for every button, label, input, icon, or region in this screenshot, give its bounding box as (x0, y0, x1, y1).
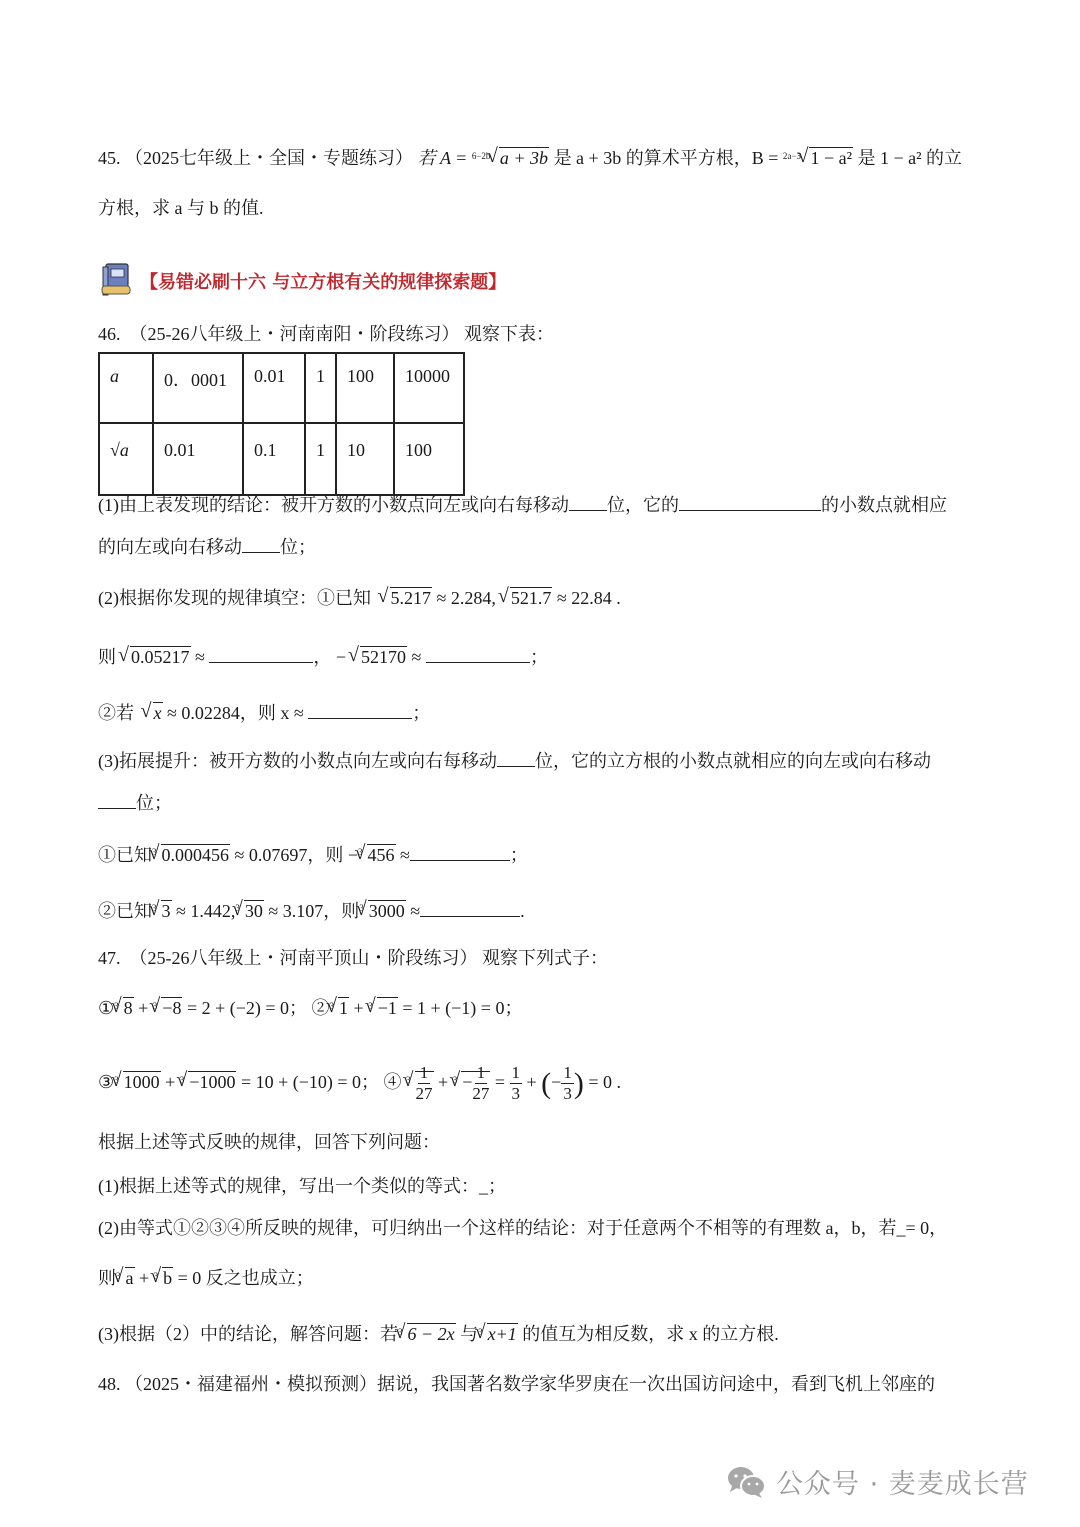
text: (2)根据你发现的规律填空：①已知 (98, 588, 371, 608)
fraction: 13 (561, 1063, 574, 1104)
radicand: 5.217 (390, 587, 433, 608)
radical: x (141, 701, 163, 725)
answer-blank[interactable] (497, 748, 535, 767)
watermark: 公众号 · 麦麦成长营 (726, 1462, 1029, 1501)
q46-part1-line1: (1)由上表发现的结论：被开方数的小数点向左或向右每移动位，它的的小数点就相应 (98, 492, 947, 517)
q47-equations-3-4: ③31000 + 3−1000 = 10 + (−10) = 0； ④ 3127… (98, 1062, 621, 1104)
text: + (527, 1072, 537, 1092)
radicand: 3000 (368, 900, 406, 921)
denominator: 3 (512, 1084, 521, 1104)
answer-blank[interactable] (410, 842, 510, 861)
radicand: 1 − a² (809, 147, 853, 168)
q48-text: 据说，我国著名数学家华罗庚在一次出国访问途中，看到飞机上邻座的 (377, 1374, 935, 1394)
radicand: 1000 (123, 1071, 161, 1092)
text: 位； (136, 793, 172, 813)
cube-root: 6 − 2x (395, 1322, 456, 1346)
document-page: 45. （2025七年级上・全国・专题练习） 若 A = 6−2b a + 3b… (0, 0, 1080, 1527)
radicand: x+1 (487, 1323, 518, 1344)
radicand: 521.7 (510, 587, 553, 608)
radicand: a + 3b (499, 147, 549, 168)
radical: a + 3b (487, 146, 549, 170)
radicand: 6 − 2x (407, 1323, 456, 1344)
text: = 0 . (588, 1072, 621, 1092)
cube-root: a (113, 1266, 135, 1290)
text: 位，它的 (607, 495, 679, 515)
table-cell: 0.01 (153, 423, 243, 495)
fraction: 13 (510, 1063, 523, 1104)
cube-root: 0.000456 (149, 843, 231, 867)
cube-root: 3000 (356, 899, 406, 923)
q46-part2-line3: ②若 x ≈ 0.02284，则 x ≈ ； (98, 700, 430, 725)
table-cell: 100 (394, 423, 464, 495)
fraction: 127 (416, 1063, 433, 1104)
numerator: 1 (418, 1063, 431, 1084)
q46-part2-line1: (2)根据你发现的规律填空：①已知 5.217 ≈ 2.284,521.7 ≈ … (98, 586, 621, 610)
text: − (462, 1072, 472, 1092)
radical: 52170 (348, 645, 407, 669)
radicand: 456 (367, 844, 396, 865)
text: (1)由上表发现的结论：被开方数的小数点向左或向右每移动 (98, 495, 569, 515)
text: (3)根据（2）中的结论，解答问题：若 (98, 1324, 398, 1344)
question-source: （25-26八年级上・河南平顶山・阶段练习） (130, 948, 478, 968)
denominator: 27 (472, 1084, 489, 1104)
text: = 2 + (−2) = 0； (187, 998, 307, 1018)
watermark-text: 公众号 · 麦麦成长营 (776, 1462, 1029, 1501)
denominator: 27 (416, 1084, 433, 1104)
radicand: −1 (377, 997, 398, 1018)
q46-part3-line3: ①已知30.000456 ≈ 0.07697，则 −3456 ≈； (98, 842, 528, 867)
numerator: 1 (561, 1063, 574, 1084)
text: 的小数点就相应 (821, 495, 947, 515)
question-number: 48. (98, 1374, 121, 1394)
table-cell: 1 (305, 423, 336, 495)
q46-part3-line2: 位； (98, 790, 172, 815)
fraction: 127 (472, 1063, 489, 1104)
text: 的值互为相反数，求 x 的立方根. (522, 1324, 779, 1344)
question-source: （2025七年级上・全国・专题练习） (125, 148, 413, 168)
text: ④ (384, 1072, 402, 1092)
radicand: 3 (161, 900, 172, 921)
q48-line1: 48. （2025・福建福州・模拟预测）据说，我国著名数学家华罗庚在一次出国访问… (98, 1372, 935, 1396)
cube-root: b (150, 1266, 173, 1290)
text: ； (530, 647, 548, 667)
radical: 5.217 (378, 586, 433, 610)
radicand: 8 (123, 997, 134, 1018)
text: ②已知 (98, 901, 152, 921)
text: . (520, 901, 525, 921)
radicand: 1 (338, 997, 349, 1018)
text: ≈ 1.442, (176, 901, 235, 921)
row-header: √a (99, 423, 153, 495)
table-row: √a 0.01 0.1 1 10 100 (99, 423, 464, 495)
text: ≈ 0.02284，则 x ≈ (167, 703, 304, 723)
table-cell: 10000 (394, 353, 464, 423)
text: + (165, 1072, 175, 1092)
radicand: a (125, 1267, 135, 1288)
table-cell: 100 (336, 353, 394, 423)
text: ②若 (98, 703, 134, 723)
q46-part3-line4: ②已知33 ≈ 1.442,330 ≈ 3.107，则33000 ≈. (98, 898, 525, 923)
numerator: 1 (475, 1063, 488, 1084)
text: ≈ 0.07697，则 − (235, 845, 359, 865)
cube-root: −127 (449, 1062, 490, 1104)
text: ①已知 (98, 845, 152, 865)
cube-root: −1 (365, 996, 398, 1020)
radicand: 52170 (360, 646, 407, 667)
text: ≈ 2.284, (437, 588, 496, 608)
text: ≈ 3.107，则 (268, 901, 359, 921)
table-cell: 0.1 (243, 423, 305, 495)
row-header: a (99, 353, 153, 423)
q46-intro: 观察下表： (464, 324, 554, 344)
q47-part2-cont: 则3a + 3b = 0 反之也成立； (98, 1266, 314, 1290)
text: = (495, 1072, 505, 1092)
denominator: 3 (563, 1084, 572, 1104)
q45-text-b: 是 a + 3b 的算术平方根，B = (554, 148, 783, 168)
radical: 1 − a² (797, 146, 853, 170)
table-cell: 0.01 (243, 353, 305, 423)
text: ≈ (410, 901, 420, 921)
q47-part1: (1)根据上述等式的规律，写出一个类似的等式：_； (98, 1174, 506, 1198)
numerator: 1 (510, 1063, 523, 1084)
answer-blank[interactable] (308, 700, 412, 719)
cube-root: x+1 (475, 1322, 518, 1346)
text: ≈ (195, 647, 205, 667)
q47-rule-intro: 根据上述等式反映的规律，回答下列问题： (98, 1130, 440, 1154)
radical: 0.05217 (118, 645, 191, 669)
cube-root: −8 (149, 996, 182, 1020)
cube-root: 30 (232, 899, 264, 923)
text: 位，它的立方根的小数点就相应的向左或向右移动 (535, 751, 931, 771)
text: + (139, 1268, 149, 1288)
radicand: x (153, 702, 163, 723)
cube-root: 8 (111, 996, 134, 1020)
text: + (438, 1072, 448, 1092)
question-source: （25-26八年级上・河南南阳・阶段练习） (130, 324, 460, 344)
wechat-icon (726, 1465, 768, 1499)
answer-blank[interactable] (679, 492, 821, 511)
q47-header: 47. （25-26八年级上・河南平顶山・阶段练习） 观察下列式子： (98, 946, 608, 970)
text: − (551, 1072, 561, 1092)
q46-part1-line2: 的向左或向右移动位； (98, 534, 316, 559)
q45-text-a: 若 A = (418, 148, 472, 168)
q46-part3-line1: (3)拓展提升：被开方数的小数点向左或向右每移动位，它的立方根的小数点就相应的向… (98, 748, 931, 773)
cube-root: −1000 (176, 1062, 236, 1102)
q45-line1: 45. （2025七年级上・全国・专题练习） 若 A = 6−2b a + 3b… (98, 146, 962, 170)
section-title: 【易错必刷十六 与立方根有关的规律探索题】 (140, 268, 506, 294)
q47-part2: (2)由等式①②③④所反映的规律，可归纳出一个这样的结论：对于任意两个不相等的有… (98, 1216, 947, 1240)
radicand: 0.000456 (161, 844, 231, 865)
table-cell: 1 (305, 353, 336, 423)
q47-part3: (3)根据（2）中的结论，解答问题：若36 − 2x 与3x+1 的值互为相反数… (98, 1322, 779, 1346)
text: = 10 + (−10) = 0； (241, 1072, 379, 1092)
text: 的向左或向右移动 (98, 537, 242, 557)
section-header: 【易错必刷十六 与立方根有关的规律探索题】 (100, 262, 506, 300)
text: 位； (280, 537, 316, 557)
text: ； (412, 703, 430, 723)
question-source: （2025・福建福州・模拟预测） (125, 1374, 377, 1394)
radicand: −1000 (188, 1071, 236, 1092)
observation-table: a 0．0001 0.01 1 100 10000 √a 0.01 0.1 1 … (98, 352, 465, 496)
text: + (138, 998, 148, 1018)
text: ≈ (412, 647, 422, 667)
question-number: 47. (98, 948, 121, 968)
question-number: 45. (98, 148, 121, 168)
radicand: 0.05217 (130, 646, 191, 667)
table-cell: 10 (336, 423, 394, 495)
book-icon (100, 262, 134, 300)
text: + (354, 998, 364, 1018)
text: ， (313, 647, 331, 667)
text: = 1 + (−1) = 0； (402, 998, 522, 1018)
table-cell: 0．0001 (153, 353, 243, 423)
text: ； (510, 845, 528, 865)
text: − (336, 647, 346, 667)
radicand: 30 (244, 900, 264, 921)
cube-root: 1000 (111, 1062, 161, 1102)
q46-header: 46. （25-26八年级上・河南南阳・阶段练习） 观察下表： (98, 322, 554, 346)
answer-blank[interactable] (569, 492, 607, 511)
text: (3)拓展提升：被开方数的小数点向左或向右每移动 (98, 751, 497, 771)
answer-blank[interactable] (426, 644, 530, 663)
cube-root: 1 (326, 996, 349, 1020)
answer-blank[interactable] (420, 898, 520, 917)
text: ≈ (400, 845, 410, 865)
text: ≈ 22.84 . (557, 588, 621, 608)
cube-root: 456 (355, 843, 396, 867)
q46-part2-line2: 则0.05217 ≈ ， −52170 ≈ ； (98, 644, 548, 669)
cube-root: 3 (149, 899, 172, 923)
radicand: −8 (161, 997, 182, 1018)
radicand: b (162, 1267, 173, 1288)
table-row: a 0．0001 0.01 1 100 10000 (99, 353, 464, 423)
cube-root: 127 (403, 1062, 434, 1104)
question-number: 46. (98, 324, 121, 344)
q47-equations-1-2: ①38 + 3−8 = 2 + (−2) = 0； ②31 + 3−1 = 1 … (98, 996, 522, 1020)
q45-text-c: 是 1 − a² 的立 (858, 148, 963, 168)
answer-blank[interactable] (242, 534, 280, 553)
text: 则 (98, 647, 116, 667)
q47-intro: 观察下列式子： (482, 948, 608, 968)
answer-blank[interactable] (98, 790, 136, 809)
radical: 521.7 (498, 586, 553, 610)
q45-line2: 方根，求 a 与 b 的值. (98, 196, 264, 220)
text: = 0 反之也成立； (178, 1268, 314, 1288)
answer-blank[interactable] (209, 644, 313, 663)
